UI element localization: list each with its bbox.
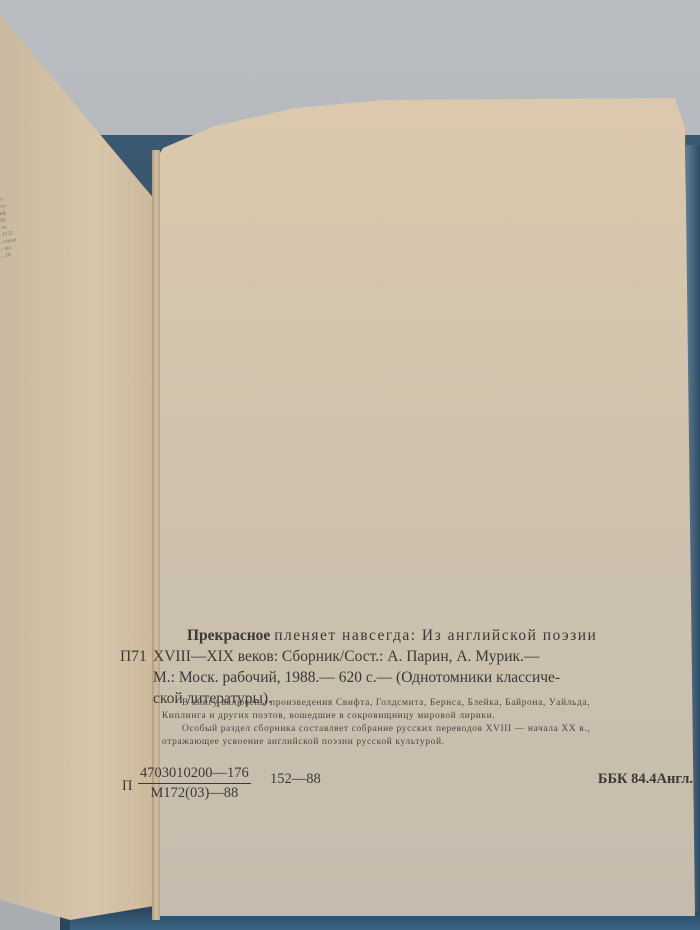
entry-title-rest: пленяет навсегда: Из английской поэзии [274,627,597,644]
entry-line-1: Прекрасное пленяет навсегда: Из английск… [120,625,695,646]
imprint-numerator: 4703010200—176 [138,765,251,784]
imprint-number: 152—88 [270,771,321,788]
entry-title: Прекрасное [187,627,270,644]
imprint-page-content: П71 Прекрасное пленяет навсегда: Из англ… [0,0,700,930]
annotation-para1-line1: В книгу включены произведения Свифта, Го… [170,697,695,710]
imprint-denominator: М172(03)—88 [138,784,251,802]
annotation-para1-line2: Киплинга и других поэтов, вошедшие в сок… [162,710,695,723]
annotation: В книгу включены произведения Свифта, Го… [170,697,695,749]
entry-line-2: XVIII—XIX веков: Сборник/Сост.: А. Парин… [120,646,695,667]
annotation-para2-line2: отражающее усвоение английской поэзии ру… [162,736,695,749]
entry-line-3: М.: Моск. рабочий, 1988.— 620 с.— (Однот… [120,667,695,688]
imprint-codes: П 4703010200—176 М172(03)—88 152—88 ББК … [120,765,695,805]
imprint-fraction: 4703010200—176 М172(03)—88 [138,765,251,802]
annotation-para2-line1: Особый раздел сборника составляет собран… [170,723,695,736]
photo-scene: ...ло ...ост ...иф ...00 ...ск ...ГСП ..… [0,0,700,930]
bbk-code: ББК 84.4Англ. [598,771,693,788]
imprint-prefix: П [122,778,132,795]
